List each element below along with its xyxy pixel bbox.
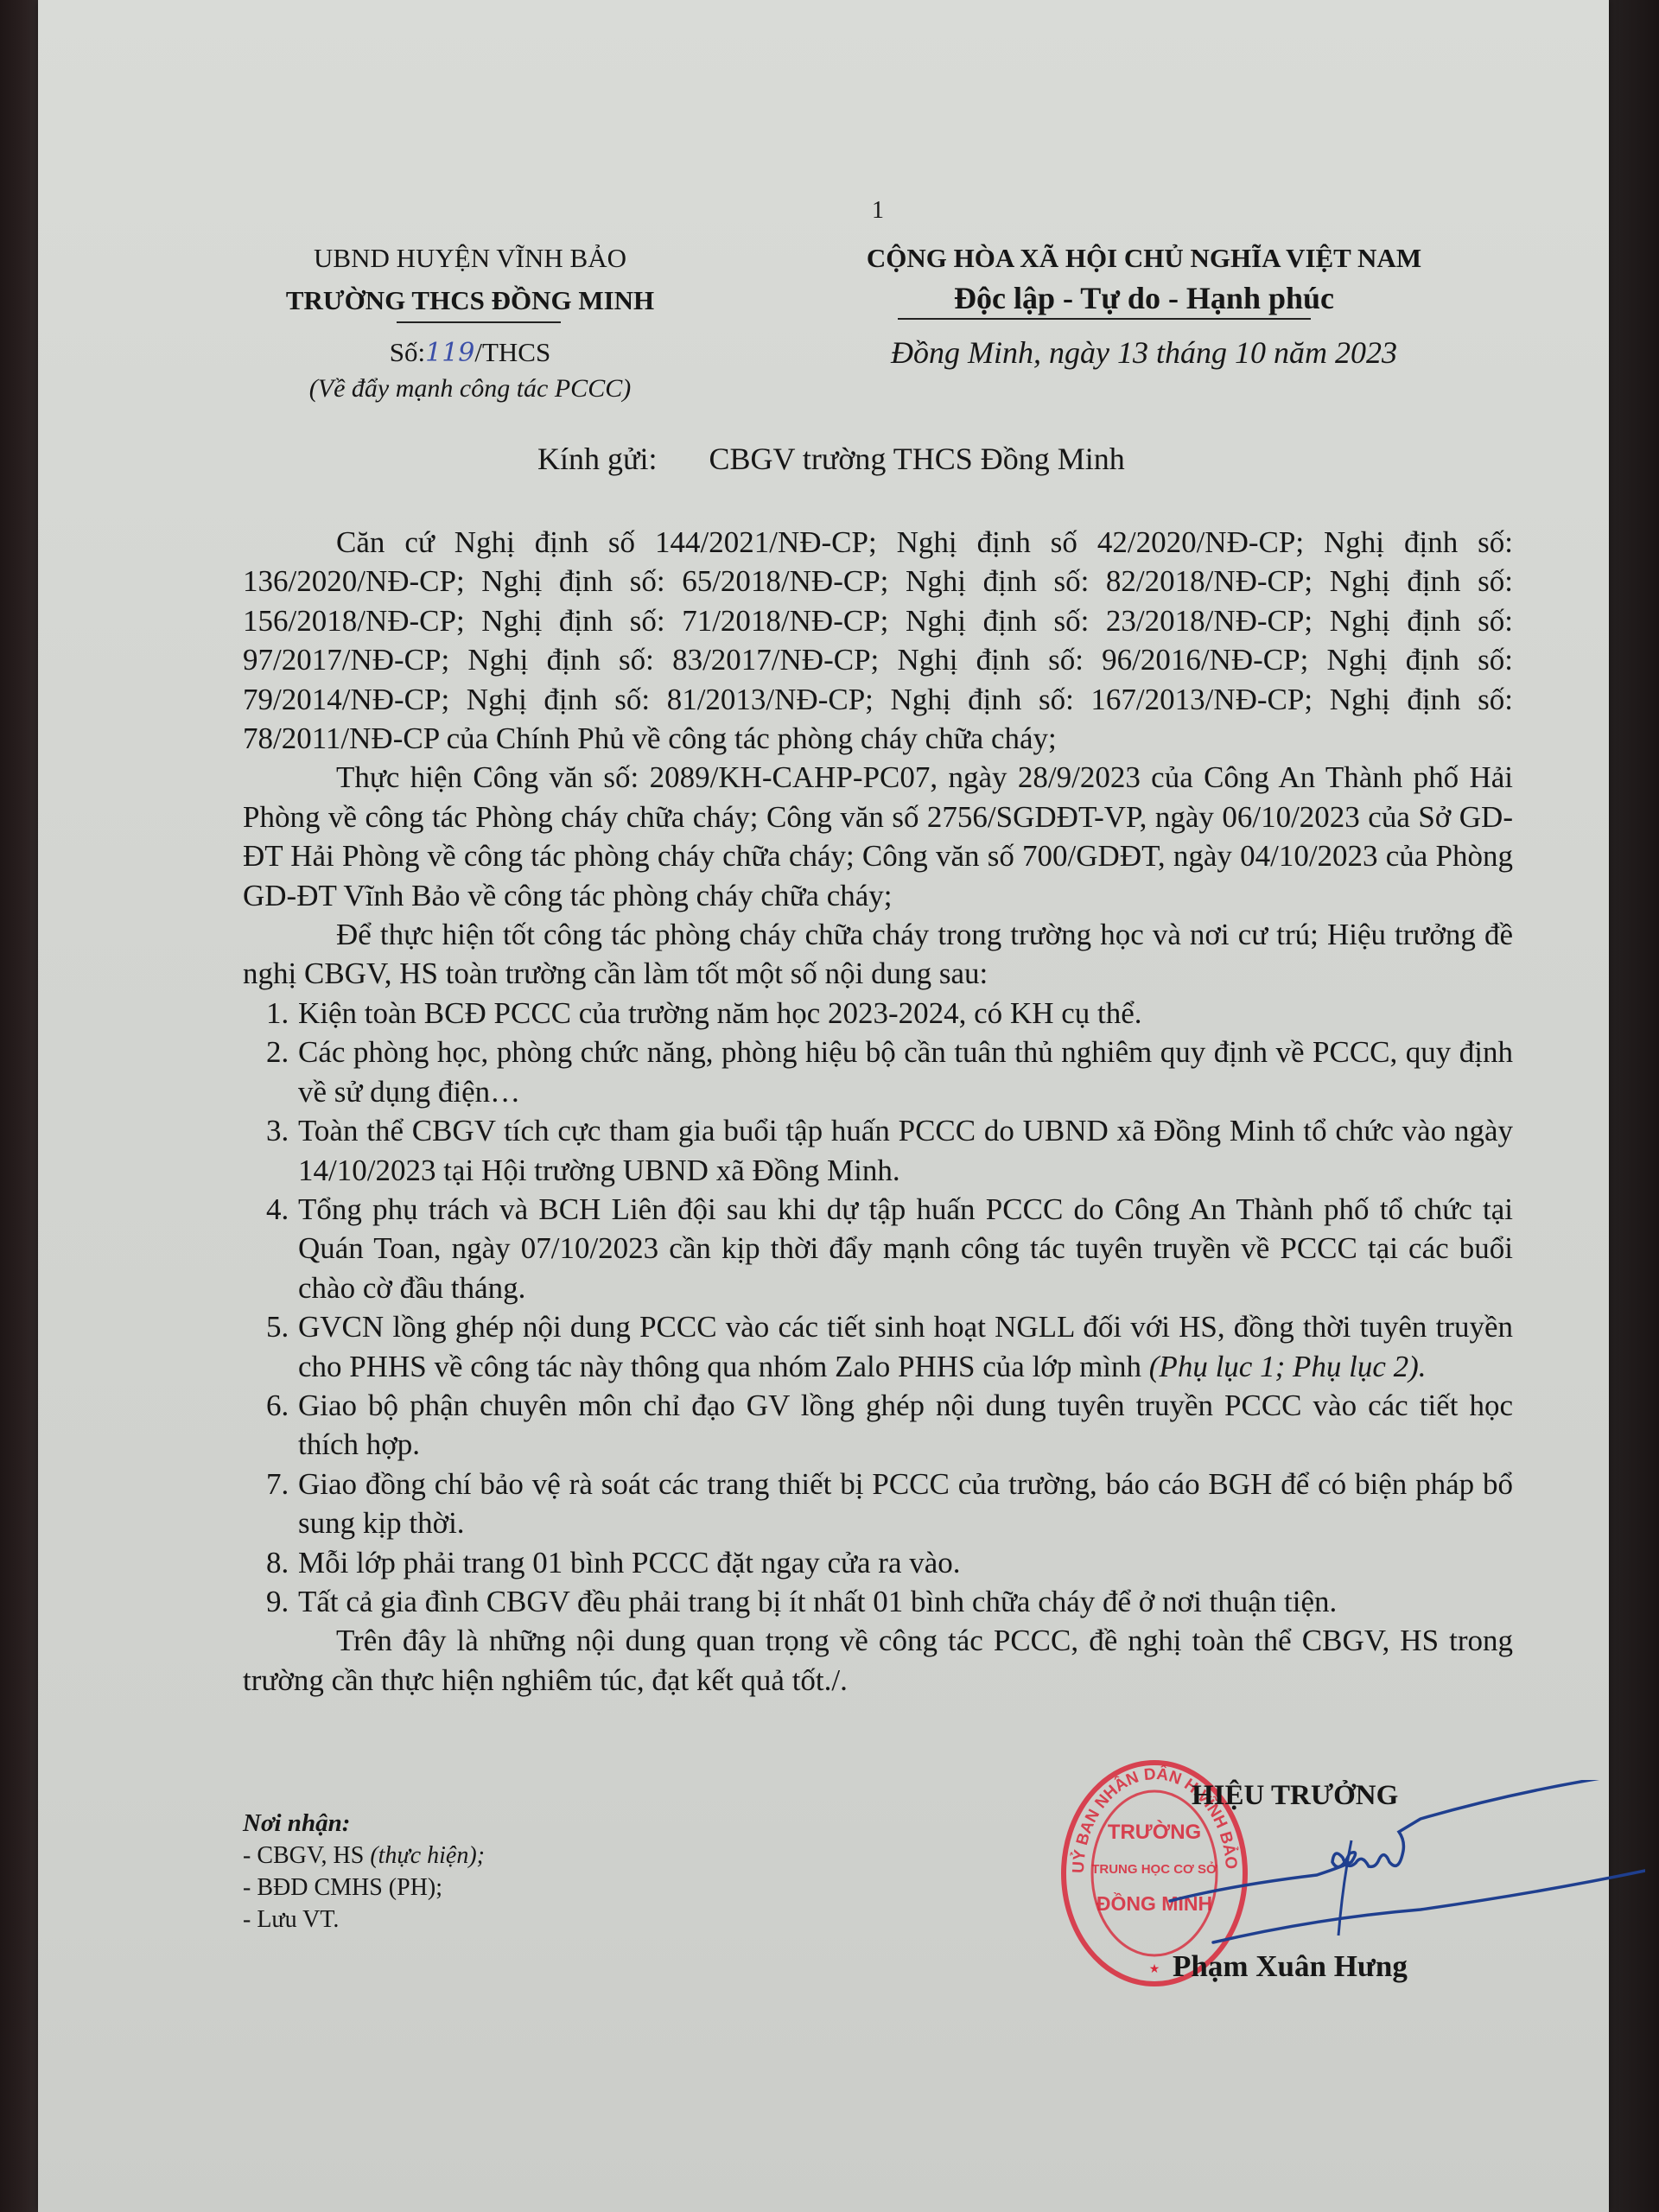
task-item: Tất cả gia đình CBGV đều phải trang bị í…	[296, 1582, 1513, 1621]
place-date: Đồng Minh, ngày 13 tháng 10 năm 2023	[712, 334, 1576, 371]
request-paragraph: Để thực hiện tốt công tác phòng cháy chữ…	[243, 915, 1513, 994]
recipient-entry: - Lưu VT.	[243, 1904, 485, 1935]
recipients-title: Nơi nhận:	[243, 1808, 485, 1840]
document-page: 1 UBND HUYỆN VĨNH BẢO TRƯỜNG THCS ĐỒNG M…	[38, 0, 1609, 2212]
task-item: Các phòng học, phòng chức năng, phòng hi…	[296, 1033, 1513, 1111]
header-divider-right	[898, 318, 1311, 320]
implementation-paragraph: Thực hiện Công văn số: 2089/KH-CAHP-PC07…	[243, 758, 1513, 915]
signer-name: Phạm Xuân Hưng	[1173, 1949, 1408, 1984]
task-item: Giao đồng chí bảo vệ rà soát các trang t…	[296, 1465, 1513, 1543]
task-item: GVCN lồng ghép nội dung PCCC vào các tiế…	[296, 1307, 1513, 1386]
task-item: Kiện toàn BCĐ PCCC của trường năm học 20…	[296, 994, 1513, 1033]
page-number: 1	[872, 197, 884, 225]
issuing-organization: UBND HUYỆN VĨNH BẢO	[211, 243, 729, 274]
appendix-reference: (Phụ lục 1; Phụ lục 2).	[1149, 1350, 1427, 1383]
recipient-entry: - BĐD CMHS (PH);	[243, 1872, 485, 1904]
document-body: Căn cứ Nghị định số 144/2021/NĐ-CP; Nghị…	[243, 523, 1513, 1700]
legal-basis-paragraph: Căn cứ Nghị định số 144/2021/NĐ-CP; Nghị…	[243, 523, 1513, 758]
recipients-block: Nơi nhận: - CBGV, HS (thực hiện); - BĐD …	[243, 1808, 485, 1935]
document-number: Số:119/THCS	[211, 337, 729, 368]
task-item: Toàn thể CBGV tích cực tham gia buổi tập…	[296, 1111, 1513, 1190]
svg-text:★: ★	[1149, 1963, 1160, 1976]
recipient-line: Kính gửi:CBGV trường THCS Đồng Minh	[537, 441, 1125, 477]
task-item: Mỗi lớp phải trang 01 bình PCCC đặt ngay…	[296, 1543, 1513, 1582]
task-item: Giao bộ phận chuyên môn chỉ đạo GV lồng …	[296, 1386, 1513, 1465]
task-list: Kiện toàn BCĐ PCCC của trường năm học 20…	[243, 994, 1513, 1622]
doc-no-prefix: Số:	[390, 337, 425, 367]
recipient-entry: - CBGV, HS (thực hiện);	[243, 1840, 485, 1872]
recipient-value: CBGV trường THCS Đồng Minh	[709, 442, 1125, 476]
doc-no-handwritten: 119	[425, 338, 474, 368]
header-divider-left	[397, 321, 561, 323]
national-title: CỘNG HÒA XÃ HỘI CHỦ NGHĨA VIỆT NAM	[712, 243, 1576, 274]
school-name: TRƯỜNG THCS ĐỒNG MINH	[211, 285, 729, 316]
task-item: Tổng phụ trách và BCH Liên đội sau khi d…	[296, 1190, 1513, 1307]
national-motto: Độc lập - Tự do - Hạnh phúc	[712, 280, 1576, 316]
doc-no-suffix: /THCS	[474, 337, 550, 367]
recipient-label: Kính gửi:	[537, 442, 658, 476]
handwritten-signature-icon	[1058, 1780, 1645, 1953]
closing-paragraph: Trên đây là những nội dung quan trọng về…	[243, 1621, 1513, 1700]
document-subject: (Về đẩy mạnh công tác PCCC)	[211, 374, 729, 404]
